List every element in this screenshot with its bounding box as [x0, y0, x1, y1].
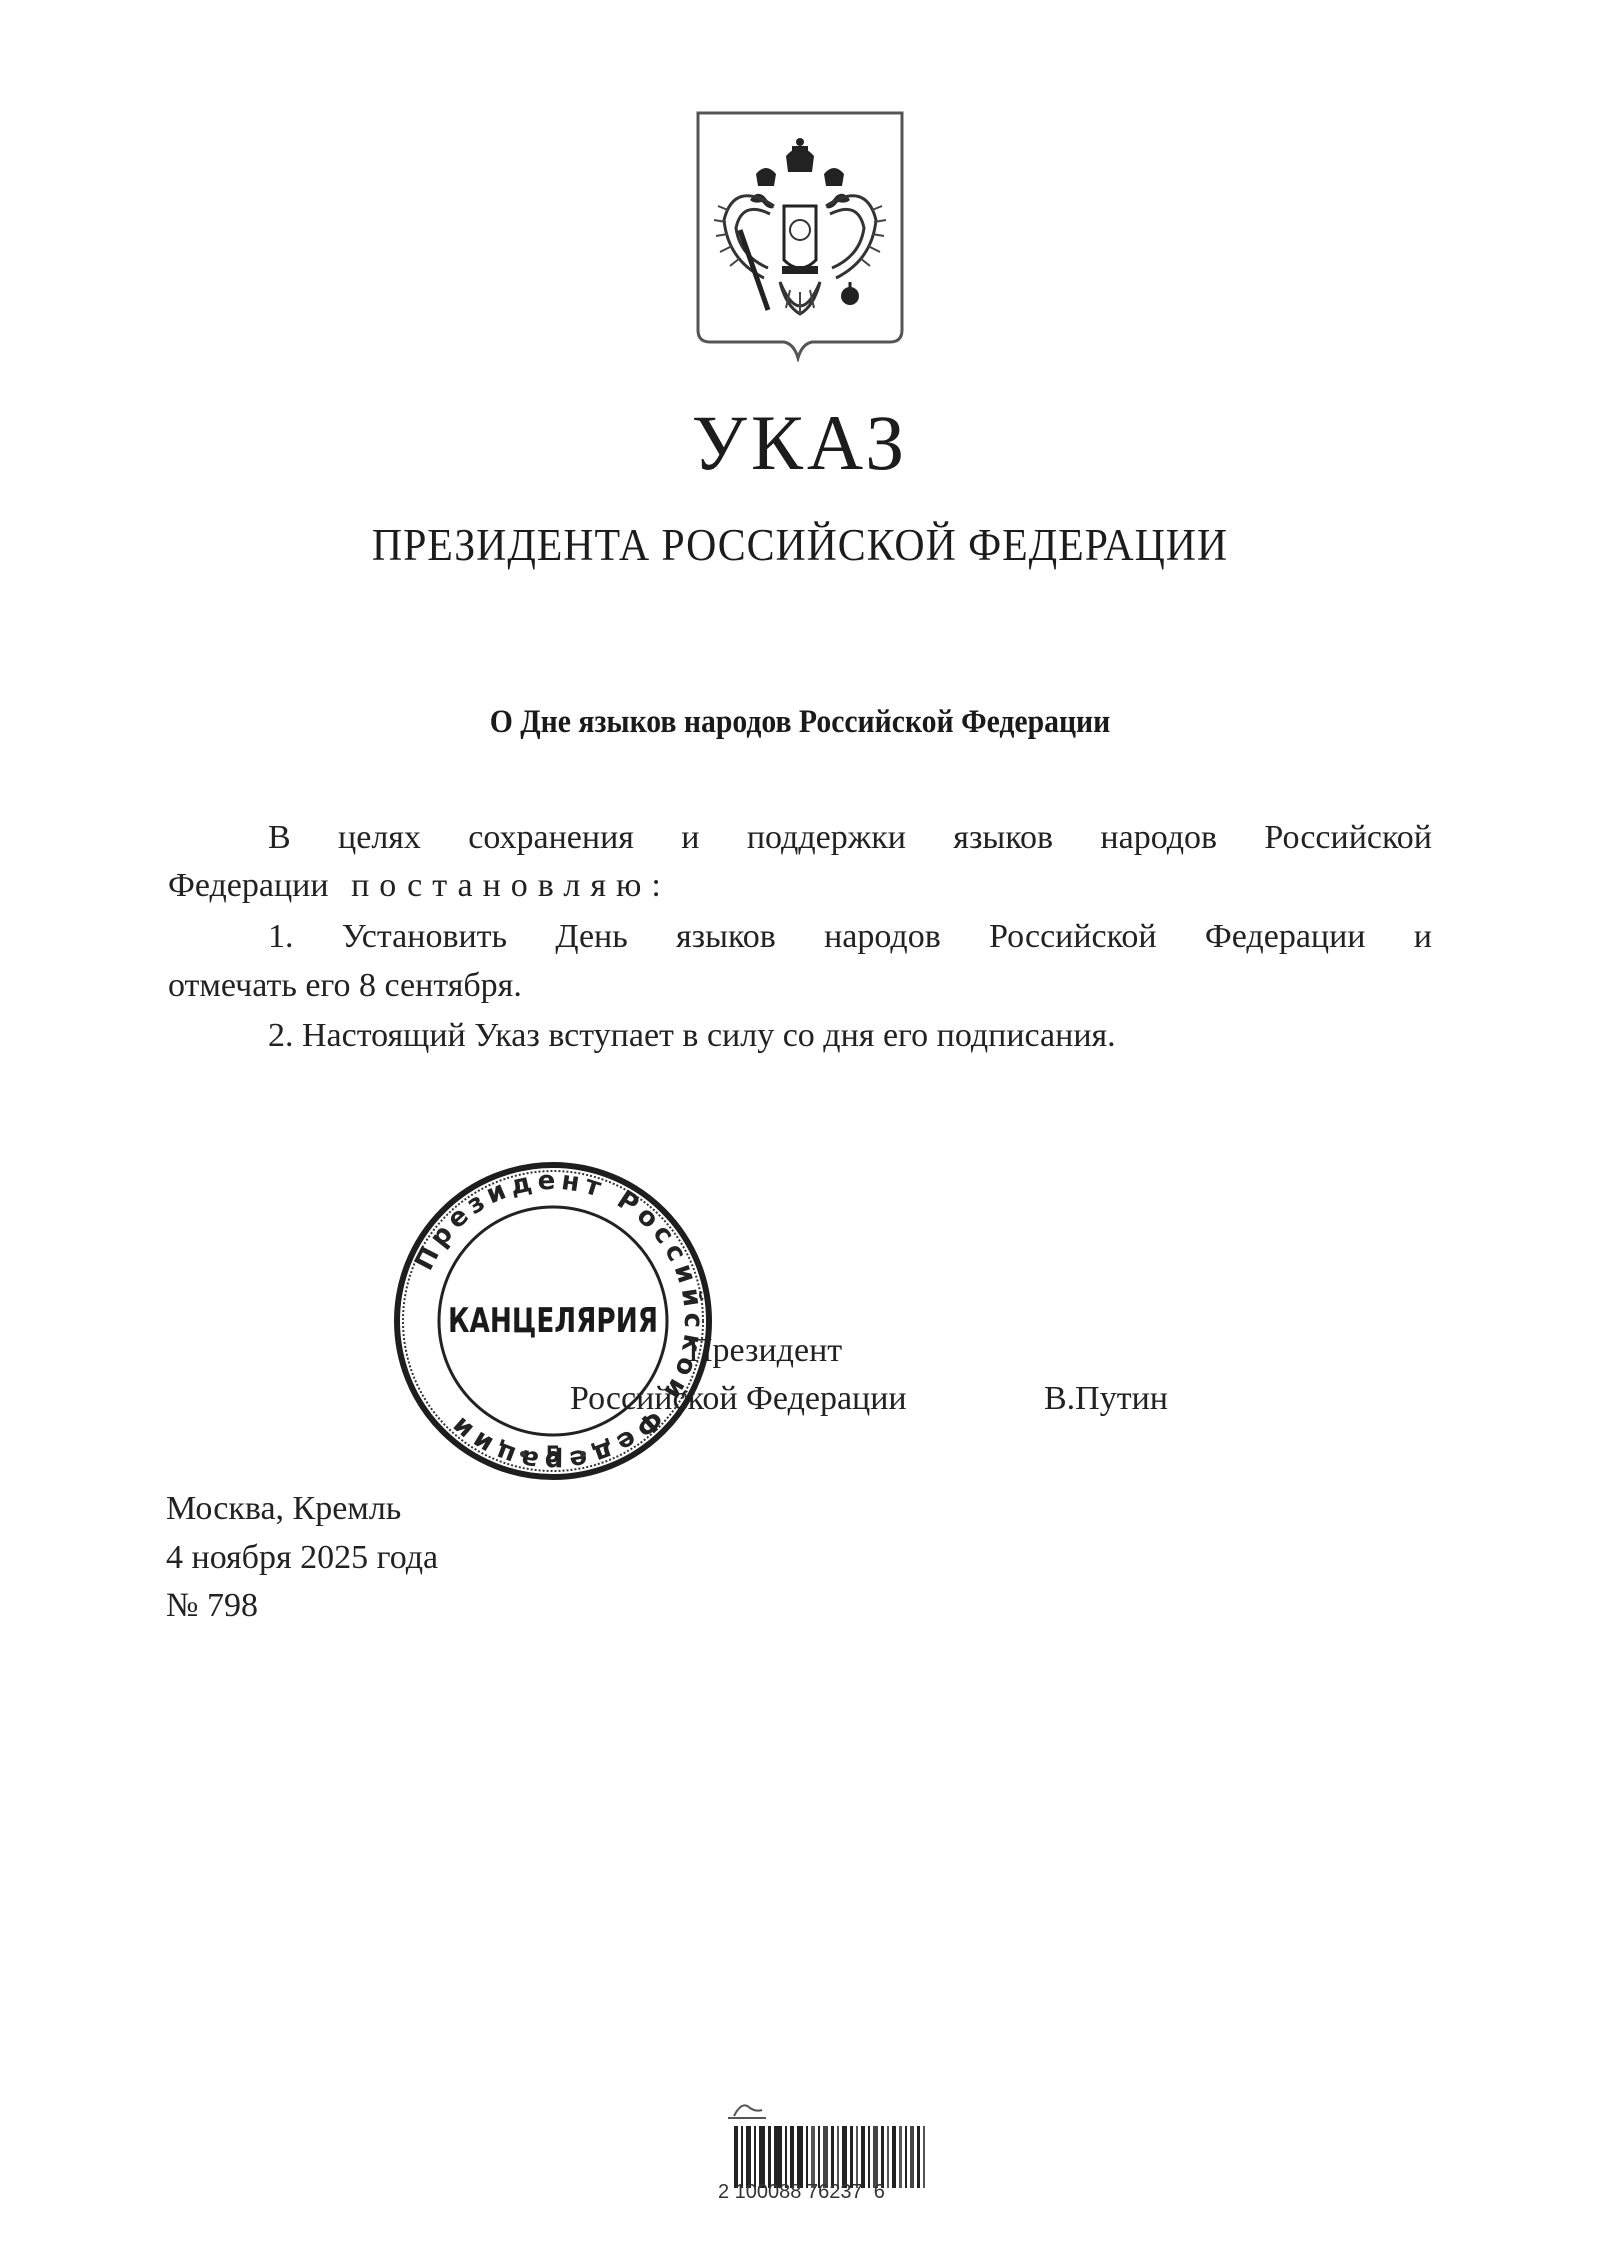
barcode — [716, 2088, 956, 2228]
stamp-center-text: КАНЦЕЛЯРИЯ — [448, 1301, 658, 1341]
item-2: 2. Настоящий Указ вступает в силу со дня… — [268, 1014, 1116, 1058]
preamble-line-1: В целях сохранения и поддержки языков на… — [268, 816, 1432, 860]
stamp-number: 5 — [545, 1443, 560, 1468]
decree-number: № 798 — [166, 1584, 258, 1628]
decree-operative-word: постановляю: — [351, 867, 671, 904]
decree-page: УКАЗ ПРЕЗИДЕНТА РОССИЙСКОЙ ФЕДЕРАЦИИ О Д… — [0, 0, 1600, 2253]
preamble-federation-word: Федерации — [168, 867, 329, 904]
issue-place: Москва, Кремль — [166, 1487, 401, 1531]
coat-of-arms-icon — [694, 110, 906, 362]
signatory-name: В.Путин — [1044, 1377, 1168, 1421]
preamble-line-2: Федерации постановляю: — [168, 864, 671, 908]
issue-date: 4 ноября 2025 года — [166, 1536, 438, 1580]
decree-subtitle: ПРЕЗИДЕНТА РОССИЙСКОЙ ФЕДЕРАЦИИ — [56, 517, 1544, 573]
decree-heading: О Дне языков народов Российской Федераци… — [80, 700, 1520, 744]
decree-title: УКАЗ — [0, 398, 1600, 488]
item-1-line-1: 1. Установить День языков народов Россий… — [268, 915, 1432, 959]
item-1-line-2: отмечать его 8 сентября. — [168, 964, 522, 1008]
chancellery-stamp: Президент Российской Федерации КАНЦЕЛЯРИ… — [392, 1160, 714, 1482]
barcode-mark-icon — [734, 2105, 762, 2116]
barcode-number: 2 100088 76237 6 — [718, 2180, 958, 2204]
